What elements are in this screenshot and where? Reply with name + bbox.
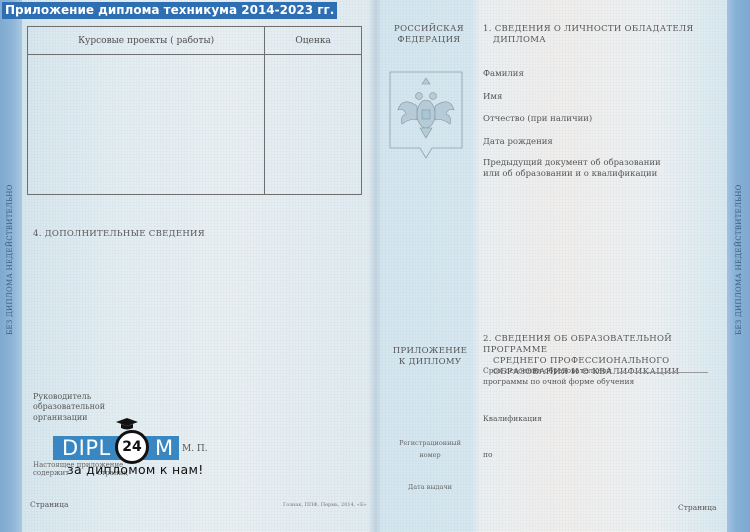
course-project-cell [28,55,265,195]
right-strip-text: БЕЗ ДИПЛОМА НЕДЕЙСТВИТЕЛЬНО [735,184,743,335]
right-page-number-label: Страница [678,503,716,513]
head-of-organization-label: Руководитель образовательной организации [33,392,123,423]
term-line-1-text: Срок освоения образовательной [483,366,612,375]
country-line-1: Российская [392,24,466,35]
graduation-cap-icon [116,418,138,430]
reg-number-line-2: номер [392,449,468,461]
program-term-label: Срок освоения образовательной программы … [483,366,723,388]
course-projects-table: Курсовые проекты ( работы) Оценка [27,26,362,195]
logo-word-left: DIPL [62,436,111,460]
column-header-course-projects: Курсовые проекты ( работы) [28,27,265,55]
section-1-title-line-2: диплома [483,35,703,46]
country-line-2: Федерация [392,35,466,46]
logo-tagline: за дипломом к нам! [67,462,204,477]
name-label: Имя [483,92,502,103]
previous-document-label: Предыдущий документ об образовании или о… [483,158,683,181]
reg-number-line-1: Регистрационный [392,437,468,449]
head-of-org-line-2: образовательной [33,402,123,412]
logo-circle-24: 24 [115,430,149,464]
table-row [28,55,362,195]
page-title-banner: Приложение диплома техникума 2014-2023 г… [2,2,337,19]
issue-date-label: Дата выдачи [392,483,468,491]
term-value-line [618,372,708,373]
head-of-org-line-3: организации [33,413,123,423]
left-page-number-label: Страница [30,500,68,510]
contains-word: содержит [33,469,69,477]
section-1-title: 1. Сведения о личности обладателя диплом… [483,24,703,45]
right-security-strip: БЕЗ ДИПЛОМА НЕДЕЙСТВИТЕЛЬНО [727,0,750,532]
registration-number-label: Регистрационный номер [392,437,468,462]
logo-word-right: M [155,436,174,460]
page-fold [368,0,382,532]
left-security-strip: БЕЗ ДИПЛОМА НЕДЕЙСТВИТЕЛЬНО [0,0,22,532]
appendix-line-2: к диплому [390,357,470,368]
qualification-label: Квалификация [483,414,542,424]
surname-label: Фамилия [483,69,524,80]
previous-document-line-2: или об образовании и о квалификации [483,169,683,180]
diploma-appendix-spread: БЕЗ ДИПЛОМА НЕДЕЙСТВИТЕЛЬНО Приложение д… [0,0,750,532]
specialty-prefix-label: по [483,450,493,460]
patronymic-label: Отчество (при наличии) [483,114,592,125]
section-2-title-line-1: 2. Сведения об образовательной программе [483,334,723,356]
appendix-label: Приложение к диплому [390,346,470,368]
grade-cell [265,55,362,195]
section-4-title: 4. Дополнительные сведения [33,229,205,240]
left-strip-text: БЕЗ ДИПЛОМА НЕДЕЙСТВИТЕЛЬНО [6,184,14,335]
term-line-1: Срок освоения образовательной [483,366,723,377]
printer-info: Гознак, ППФ, Пермь, 2014, «Б» [283,502,367,509]
stamp-place-label: М. П. [182,444,208,456]
term-line-2: программы по очной форме обучения [483,377,723,388]
column-header-grade: Оценка [265,27,362,55]
coat-of-arms-icon [388,70,464,160]
previous-document-line-1: Предыдущий документ об образовании [483,158,683,169]
head-of-org-line-1: Руководитель [33,392,123,402]
country-label: Российская Федерация [392,24,466,45]
section-1-title-line-1: 1. Сведения о личности обладателя [483,24,703,35]
appendix-line-1: Приложение [390,346,470,357]
date-of-birth-label: Дата рождения [483,137,553,148]
